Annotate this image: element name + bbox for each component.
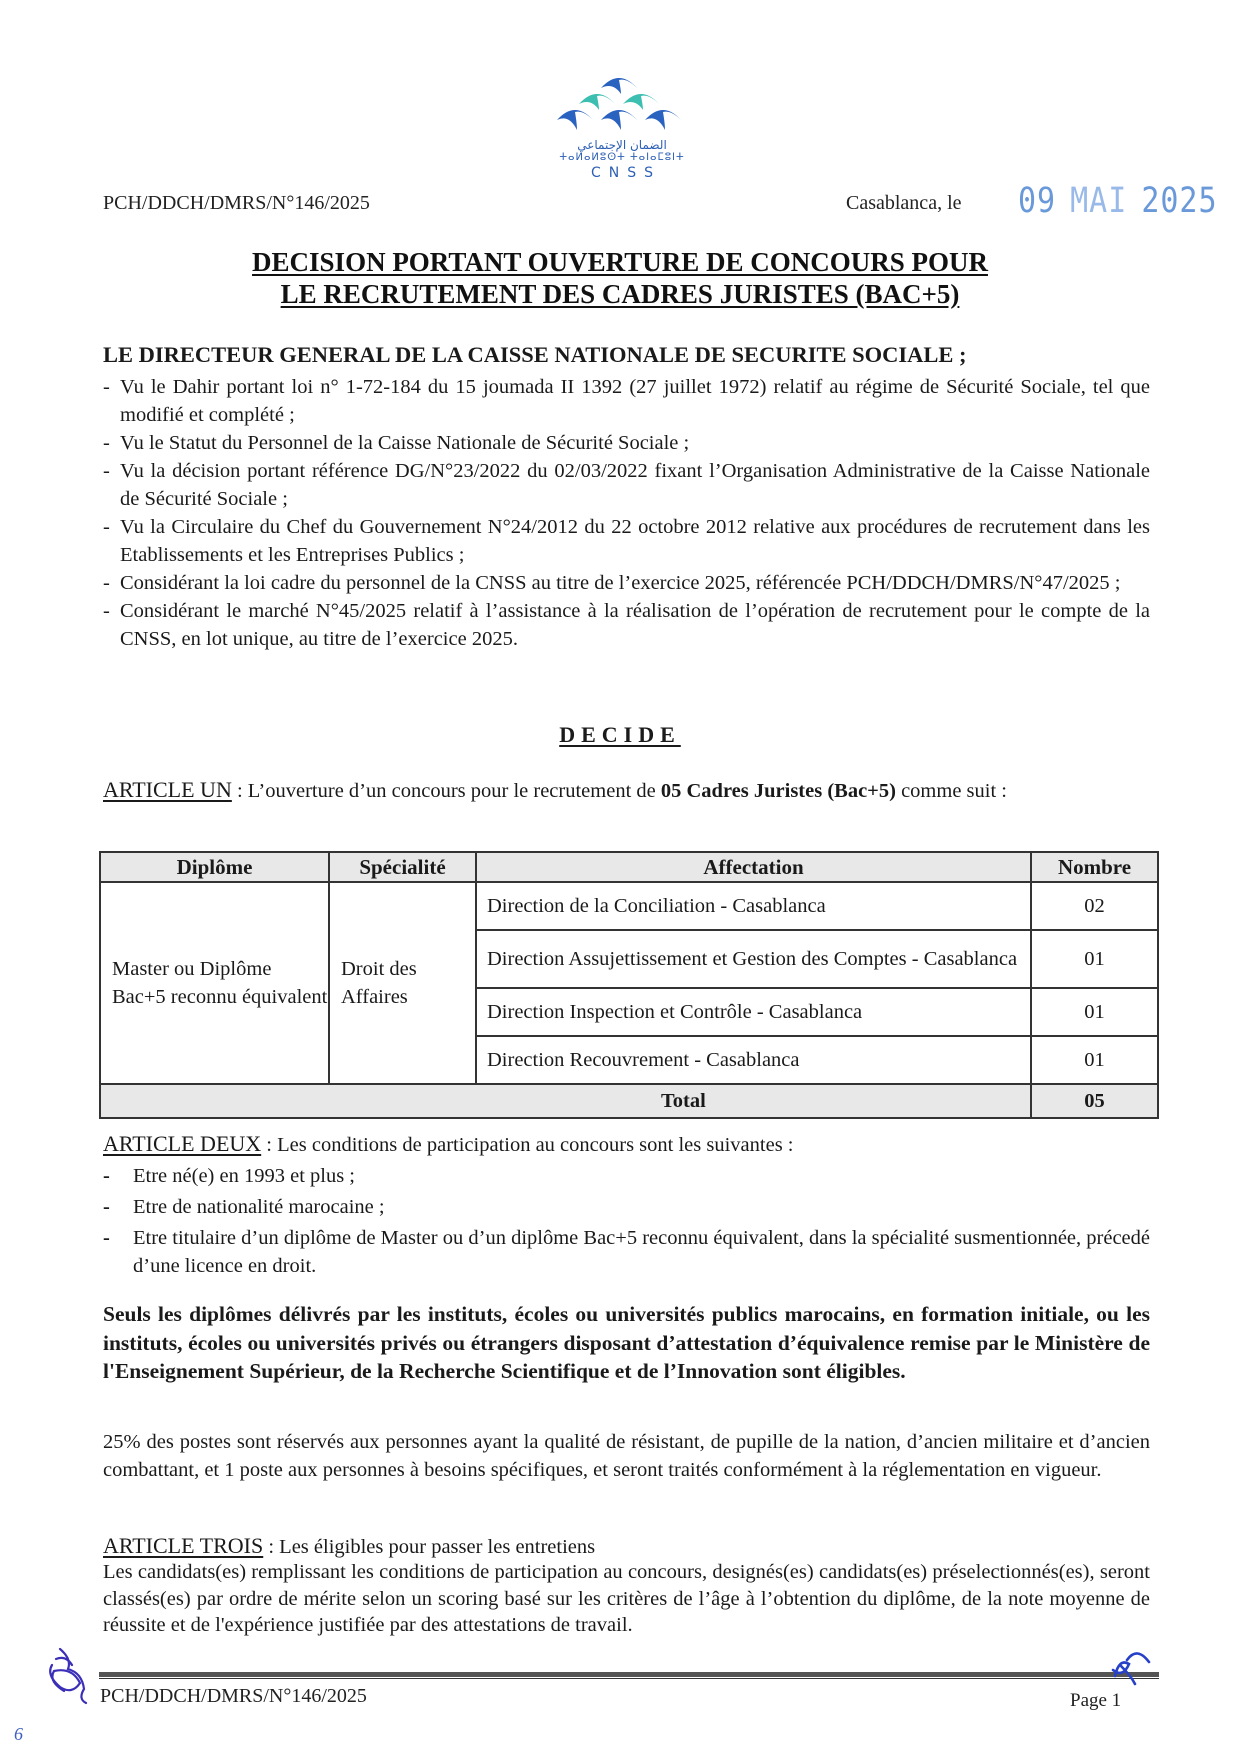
decide-label: DECIDE bbox=[559, 722, 681, 747]
paraph-signature-icon bbox=[1105, 1648, 1155, 1688]
article-1-bold: 05 Cadres Juristes (Bac+5) bbox=[661, 780, 896, 802]
preamble-item: Vu le Statut du Personnel de la Caisse N… bbox=[103, 429, 1150, 457]
article-1: ARTICLE UN : L’ouverture d’un concours p… bbox=[103, 776, 1150, 805]
cell-diplome: Master ou Diplôme Bac+5 reconnu équivale… bbox=[100, 882, 329, 1084]
cell-affectation: Direction Assujettissement et Gestion de… bbox=[476, 930, 1031, 988]
logo-acronym: CNSS bbox=[552, 164, 692, 182]
document-page: الضمان الإجتماعي ⵜⴰⵍⴰⵍⵓⵙⵜ ⵜⴰⵏⴰⵎⵓⵏⵜ CNSS … bbox=[0, 0, 1240, 1754]
article-1-text-end: comme suit : bbox=[896, 780, 1007, 802]
title-line-1: DECISION PORTANT OUVERTURE DE CONCOURS P… bbox=[0, 246, 1240, 278]
place-label: Casablanca, le bbox=[846, 192, 962, 215]
title-line-2: LE RECRUTEMENT DES CADRES JURISTES (BAC+… bbox=[0, 278, 1240, 310]
cell-nombre: 02 bbox=[1031, 882, 1158, 930]
reservation-paragraph: 25% des postes sont réservés aux personn… bbox=[103, 1428, 1150, 1484]
eligibility-notice: Seuls les diplômes délivrés par les inst… bbox=[103, 1300, 1150, 1386]
document-reference: PCH/DDCH/DMRS/N°146/2025 bbox=[103, 192, 370, 215]
header-diplome: Diplôme bbox=[100, 852, 329, 882]
cell-specialite: Droit des Affaires bbox=[329, 882, 476, 1084]
margin-mark: 6 bbox=[14, 1724, 23, 1745]
cell-affectation: Direction Recouvrement - Casablanca bbox=[476, 1036, 1031, 1084]
total-label: Total bbox=[100, 1084, 1031, 1118]
article-2-intro: : Les conditions de participation au con… bbox=[261, 1134, 793, 1156]
logo-tifinagh-text: ⵜⴰⵍⴰⵍⵓⵙⵜ ⵜⴰⵏⴰⵎⵓⵏⵜ bbox=[552, 152, 692, 164]
article-3-label: ARTICLE TROIS bbox=[103, 1533, 263, 1558]
article-1-label: ARTICLE UN bbox=[103, 777, 232, 802]
logo-arabic-text: الضمان الإجتماعي bbox=[552, 138, 692, 152]
article-2: ARTICLE DEUX : Les conditions de partici… bbox=[103, 1130, 1150, 1159]
preamble-item: Vu la décision portant référence DG/N°23… bbox=[103, 457, 1150, 513]
header-nombre: Nombre bbox=[1031, 852, 1158, 882]
article-2-label: ARTICLE DEUX bbox=[103, 1131, 261, 1156]
article-3-body: Les candidats(es) remplissant les condit… bbox=[103, 1559, 1150, 1639]
footer-reference: PCH/DDCH/DMRS/N°146/2025 bbox=[100, 1685, 367, 1708]
cell-affectation: Direction de la Conciliation - Casablanc… bbox=[476, 882, 1031, 930]
preamble-item: Vu la Circulaire du Chef du Gouvernement… bbox=[103, 513, 1150, 569]
preamble-item: Vu le Dahir portant loi n° 1-72-184 du 1… bbox=[103, 373, 1150, 429]
table-header-row: Diplôme Spécialité Affectation Nombre bbox=[100, 852, 1158, 882]
footer-rule bbox=[99, 1672, 1159, 1679]
total-value: 05 bbox=[1031, 1084, 1158, 1118]
cell-nombre: 01 bbox=[1031, 1036, 1158, 1084]
stamp-year: 2025 bbox=[1141, 181, 1217, 221]
authority-heading: LE DIRECTEUR GENERAL DE LA CAISSE NATION… bbox=[103, 341, 1150, 369]
cell-affectation: Direction Inspection et Contrôle - Casab… bbox=[476, 988, 1031, 1036]
condition-item: Etre de nationalité marocaine ; bbox=[103, 1193, 1150, 1221]
conditions-list: Etre né(e) en 1993 et plus ; Etre de nat… bbox=[103, 1162, 1150, 1283]
page-number: Page 1 bbox=[1070, 1690, 1121, 1712]
table-row: Master ou Diplôme Bac+5 reconnu équivale… bbox=[100, 882, 1158, 930]
stamp-month: MAI bbox=[1070, 181, 1127, 221]
header-affectation: Affectation bbox=[476, 852, 1031, 882]
table-total-row: Total 05 bbox=[100, 1084, 1158, 1118]
date-stamp: 09MAI2025 bbox=[1018, 181, 1218, 221]
initials-signature-icon bbox=[42, 1645, 92, 1705]
preamble-item: Considérant le marché N°45/2025 relatif … bbox=[103, 597, 1150, 653]
cell-nombre: 01 bbox=[1031, 930, 1158, 988]
article-3-intro: : Les éligibles pour passer les entretie… bbox=[263, 1536, 595, 1558]
cnss-arches-icon bbox=[557, 68, 687, 136]
preamble-item: Considérant la loi cadre du personnel de… bbox=[103, 569, 1150, 597]
cell-nombre: 01 bbox=[1031, 988, 1158, 1036]
document-title: DECISION PORTANT OUVERTURE DE CONCOURS P… bbox=[0, 246, 1240, 310]
decide-heading: DECIDE bbox=[0, 722, 1240, 748]
condition-item: Etre titulaire d’un diplôme de Master ou… bbox=[103, 1224, 1150, 1280]
positions-table: Diplôme Spécialité Affectation Nombre Ma… bbox=[99, 851, 1159, 1119]
article-3: ARTICLE TROIS : Les éligibles pour passe… bbox=[103, 1532, 1150, 1561]
cnss-logo: الضمان الإجتماعي ⵜⴰⵍⴰⵍⵓⵙⵜ ⵜⴰⵏⴰⵎⵓⵏⵜ CNSS bbox=[552, 68, 692, 198]
stamp-day: 09 bbox=[1018, 181, 1056, 221]
article-1-text: : L’ouverture d’un concours pour le recr… bbox=[232, 780, 661, 802]
preamble-list: Vu le Dahir portant loi n° 1-72-184 du 1… bbox=[103, 373, 1150, 653]
header-specialite: Spécialité bbox=[329, 852, 476, 882]
condition-item: Etre né(e) en 1993 et plus ; bbox=[103, 1162, 1150, 1190]
